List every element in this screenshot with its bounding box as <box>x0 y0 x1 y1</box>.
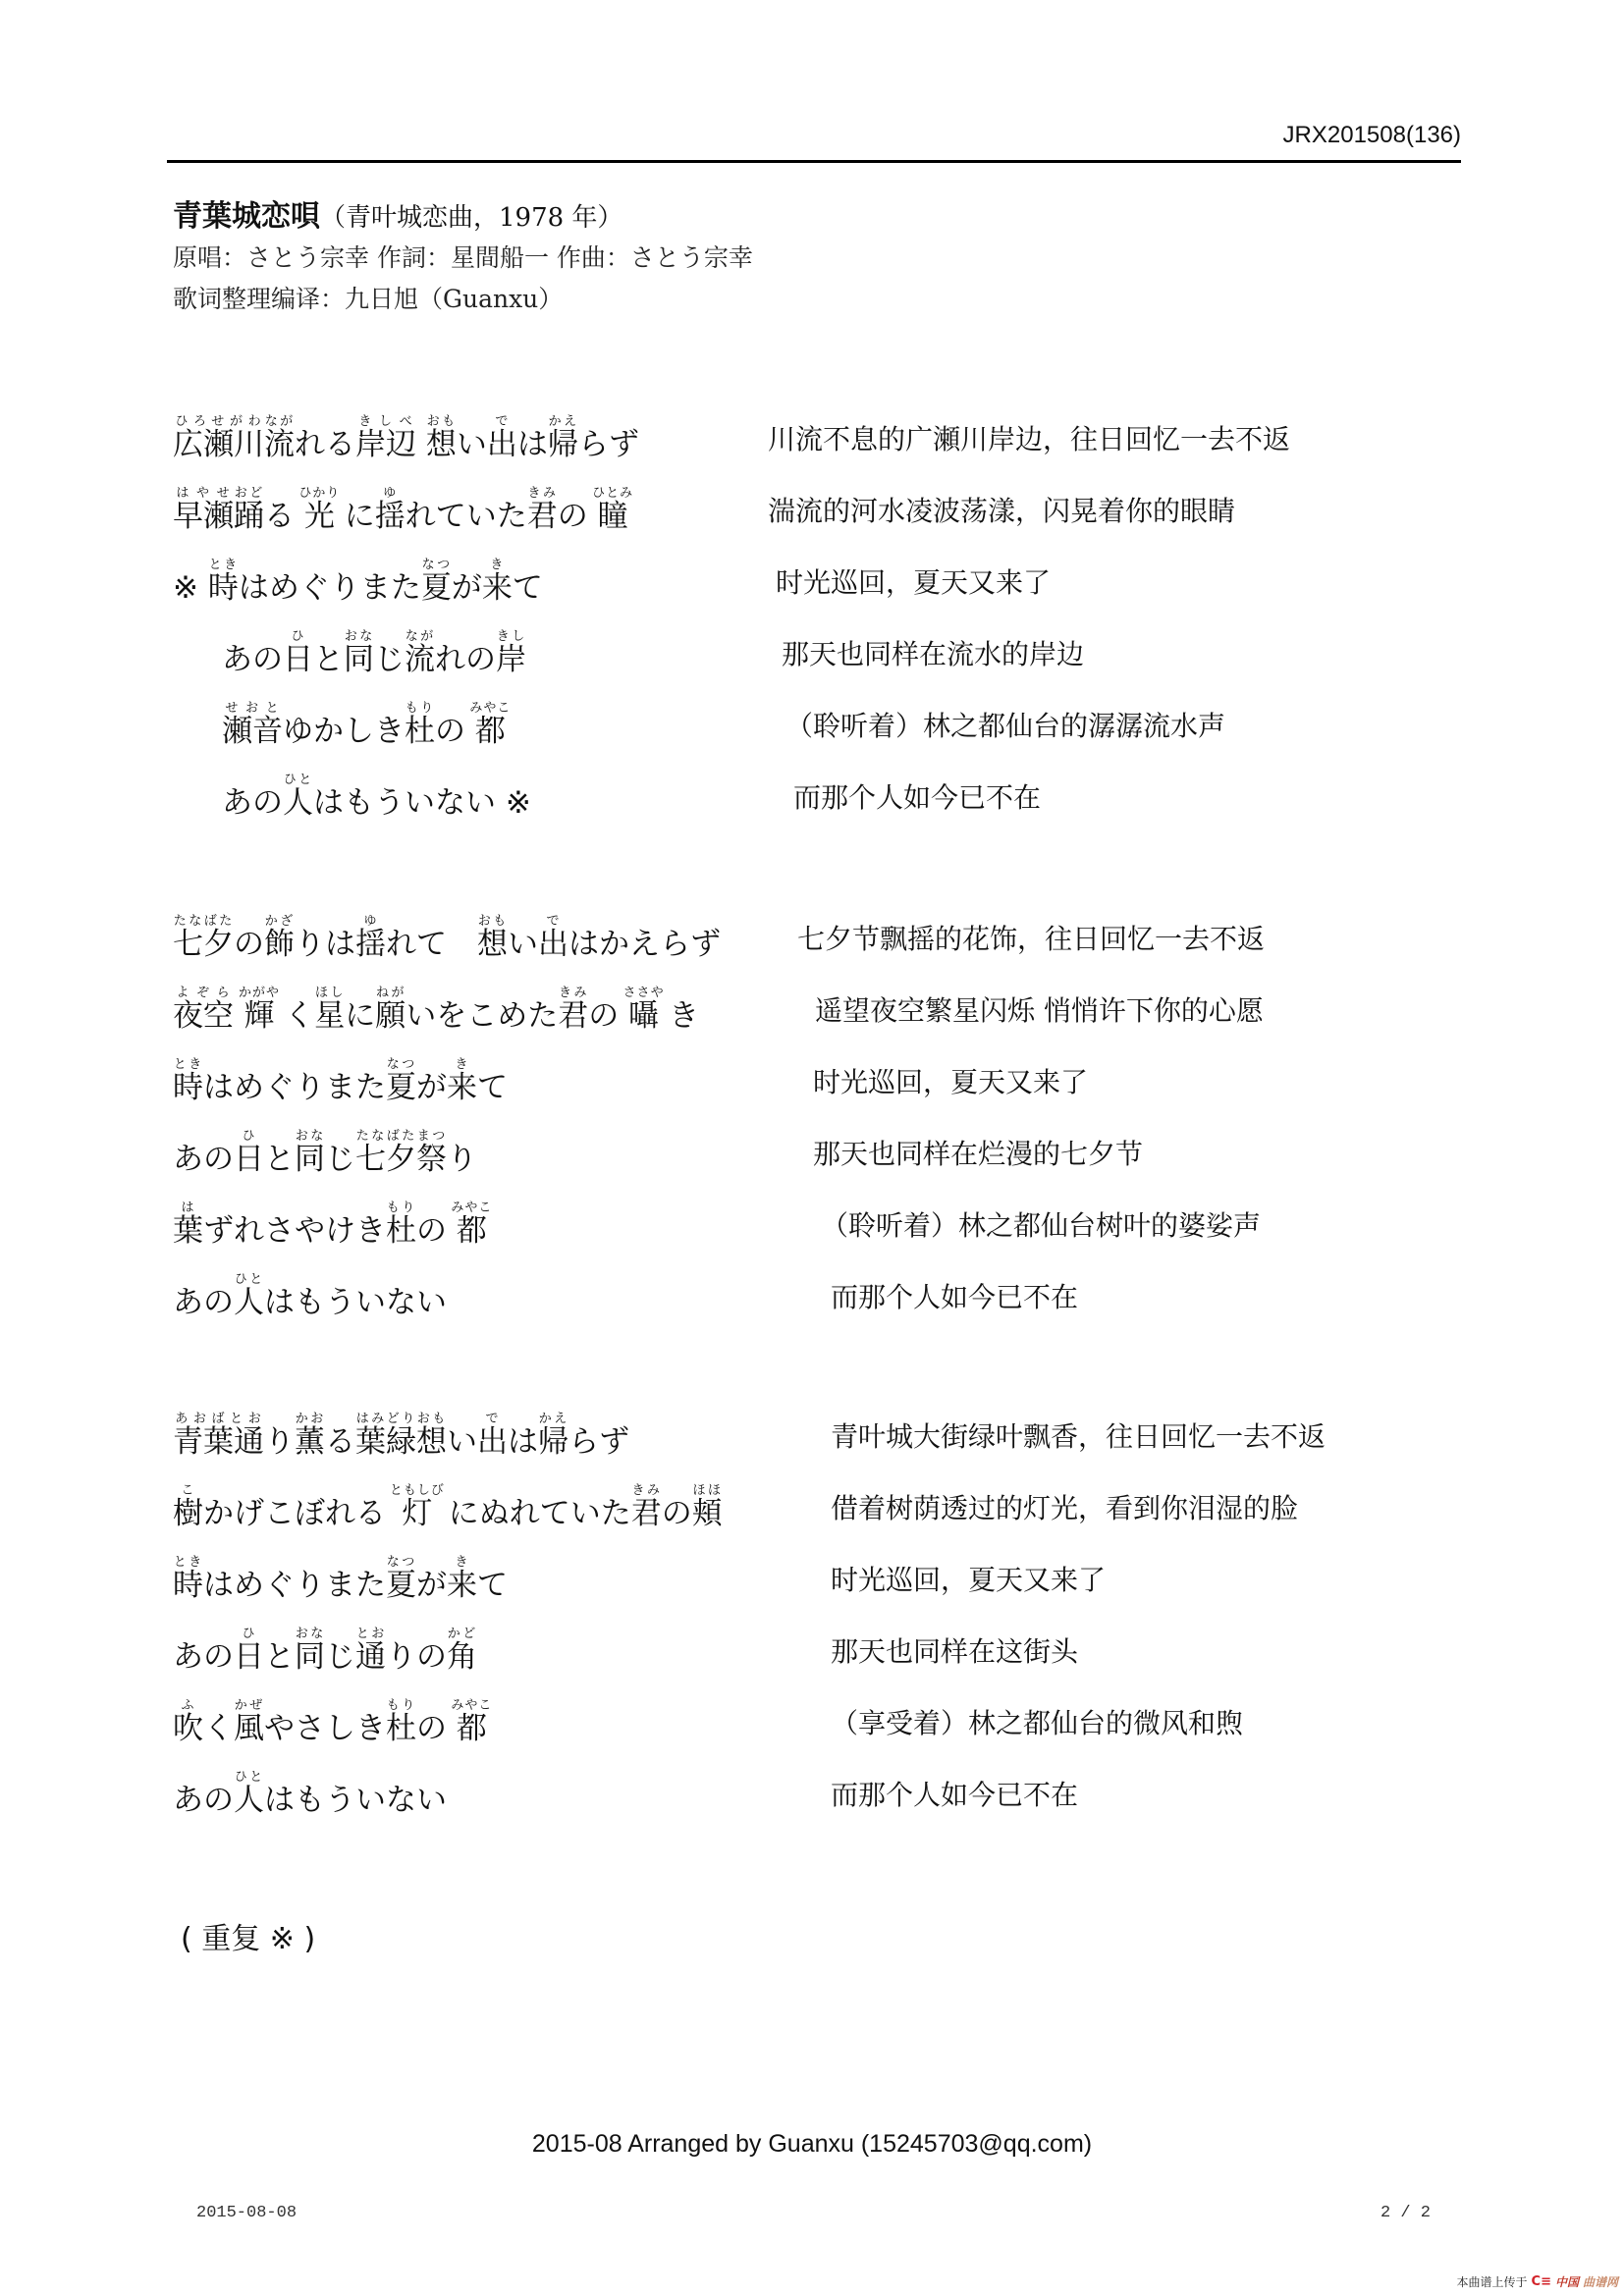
chinese-translation: 而那个人如今已不在 <box>831 1776 1078 1815</box>
chinese-translation: 七夕节飘摇的花饰，往日回忆一去不返 <box>797 920 1265 959</box>
chinese-translation: 那天也同样在流水的岸边 <box>782 635 1084 674</box>
chinese-translation: 时光巡回，夏天又来了 <box>831 1561 1106 1600</box>
lyric-row: あの人ひとはもういない而那个人如今已不在 <box>0 1756 1624 1827</box>
lyric-row: あの日ひと同おなじ流ながれの岸きし那天也同样在流水的岸边 <box>0 615 1624 686</box>
lyric-row: 時ときはめぐりまた夏なつが来きて时光巡回，夏天又来了 <box>0 1541 1624 1612</box>
lyric-row: 樹こかげこぼれる 灯ともしび にぬれていた君きみの頬ほほ借着树荫透过的灯光，看到… <box>0 1469 1624 1540</box>
arranger-credit: 歌词整理编译：九日旭（Guanxu） <box>173 279 753 320</box>
japanese-lyric: あの人ひとはもういない <box>173 1272 447 1322</box>
japanese-lyric: 瀬音せおとゆかしき杜もりの 都みやこ <box>222 701 511 751</box>
site-watermark: 本曲谱上传于 C≡ 中国曲谱网 <box>1457 2273 1618 2290</box>
japanese-lyric: 夜空よぞら 輝かがや く星ほしに願ねがいをこめた君きみの 囁ささや き <box>173 986 699 1036</box>
chinese-translation: （聆听着）林之都仙台的潺潺流水声 <box>785 707 1225 746</box>
japanese-lyric: あの日ひと同おなじ通とおりの角かど <box>173 1627 477 1677</box>
japanese-lyric: あの日ひと同おなじ流ながれの岸きし <box>222 629 526 679</box>
lyric-row: あの日ひと同おなじ七夕祭たなばたまつり那天也同样在烂漫的七夕节 <box>0 1115 1624 1186</box>
site-brand-part1: 中国 <box>1555 2273 1579 2290</box>
chinese-translation: 那天也同样在烂漫的七夕节 <box>813 1135 1143 1174</box>
watermark-text: 本曲谱上传于 <box>1457 2273 1528 2290</box>
page-number: 2 / 2 <box>1380 2204 1431 2222</box>
chinese-translation: 时光巡回，夏天又来了 <box>813 1063 1088 1102</box>
repeat-chorus-note: ( 重复 ※ ) <box>181 1914 315 1957</box>
japanese-lyric: 七夕たなばたの飾かざりは揺ゆれて 想おもい出ではかえらず <box>173 914 721 964</box>
japanese-lyric: あの人ひとはもういない <box>173 1770 447 1820</box>
lyric-row: 瀬音せおとゆかしき杜もりの 都みやこ（聆听着）林之都仙台的潺潺流水声 <box>0 687 1624 758</box>
song-credits: 原唱：さとう宗幸 作詞：星間船一 作曲：さとう宗幸 <box>173 238 753 279</box>
lyric-row: あの日ひと同おなじ通とおりの角かど那天也同样在这街头 <box>0 1613 1624 1683</box>
song-title-line: 青葉城恋唄（青叶城恋曲，1978 年） <box>173 196 753 238</box>
arrangement-credit: 2015-08 Arranged by Guanxu (15245703@qq.… <box>0 2130 1624 2159</box>
site-brand-part2: 曲谱网 <box>1583 2273 1618 2290</box>
japanese-lyric: 吹ふく風かぜやさしき杜もりの 都みやこ <box>173 1698 492 1748</box>
japanese-lyric: あの日ひと同おなじ七夕祭たなばたまつり <box>173 1129 477 1179</box>
japanese-lyric: あの人ひとはもういない ※ <box>222 773 531 823</box>
lyric-row: 吹ふく風かぜやさしき杜もりの 都みやこ（享受着）林之都仙台的微风和煦 <box>0 1684 1624 1755</box>
lyric-row: 葉はずれさやけき杜もりの 都みやこ（聆听着）林之都仙台树叶的婆娑声 <box>0 1187 1624 1257</box>
site-logo-icon: C≡ <box>1532 2274 1551 2289</box>
lyric-row: 広瀬川ひろせがわ流ながれる岸辺きしべ 想おもい出では帰かえらず川流不息的广瀬川岸… <box>0 400 1624 471</box>
chinese-translation: 那天也同样在这街头 <box>831 1632 1078 1672</box>
lyric-row: ※ 時ときはめぐりまた夏なつが来きて时光巡回，夏天又来了 <box>0 544 1624 614</box>
lyric-row: 夜空よぞら 輝かがや く星ほしに願ねがいをこめた君きみの 囁ささや き遥望夜空繁… <box>0 972 1624 1042</box>
japanese-lyric: 広瀬川ひろせがわ流ながれる岸辺きしべ 想おもい出では帰かえらず <box>173 414 639 464</box>
footer-date: 2015-08-08 <box>196 2204 297 2222</box>
chinese-translation: 而那个人如今已不在 <box>793 778 1041 818</box>
title-block: 青葉城恋唄（青叶城恋曲，1978 年） 原唱：さとう宗幸 作詞：星間船一 作曲：… <box>173 196 753 320</box>
song-subtitle: （青叶城恋曲，1978 年） <box>320 203 623 233</box>
japanese-lyric: 青葉通あおばとおり薫かおる葉緑想はみどりおもい出では帰かえらず <box>173 1412 629 1462</box>
chinese-translation: 青叶城大街绿叶飘香，往日回忆一去不返 <box>831 1417 1326 1457</box>
lyric-row: 早瀬はやせ踊おどる 光ひかり に揺ゆれていた君きみの 瞳ひとみ湍流的河水凌波荡漾… <box>0 472 1624 543</box>
chinese-translation: 借着树荫透过的灯光，看到你泪湿的脸 <box>831 1489 1298 1528</box>
lyric-row: あの人ひとはもういない ※而那个人如今已不在 <box>0 759 1624 829</box>
japanese-lyric: ※ 時ときはめぐりまた夏なつが来きて <box>173 558 543 608</box>
chinese-translation: 而那个人如今已不在 <box>831 1278 1078 1317</box>
chinese-translation: （享受着）林之都仙台的微风和煦 <box>831 1704 1243 1743</box>
lyric-row: 時ときはめぐりまた夏なつが来きて时光巡回，夏天又来了 <box>0 1043 1624 1114</box>
chinese-translation: 时光巡回，夏天又来了 <box>776 563 1051 603</box>
japanese-lyric: 樹こかげこぼれる 灯ともしび にぬれていた君きみの頬ほほ <box>173 1483 723 1533</box>
japanese-lyric: 葉はずれさやけき杜もりの 都みやこ <box>173 1201 492 1251</box>
japanese-lyric: 早瀬はやせ踊おどる 光ひかり に揺ゆれていた君きみの 瞳ひとみ <box>173 486 633 536</box>
lyric-row: 青葉通あおばとおり薫かおる葉緑想はみどりおもい出では帰かえらず青叶城大街绿叶飘香… <box>0 1398 1624 1468</box>
japanese-lyric: 時ときはめぐりまた夏なつが来きて <box>173 1057 508 1107</box>
header-divider <box>167 160 1461 163</box>
chinese-translation: 遥望夜空繁星闪烁 悄悄许下你的心愿 <box>815 991 1264 1031</box>
chinese-translation: 川流不息的广瀬川岸边，往日回忆一去不返 <box>768 420 1290 459</box>
document-id: JRX201508(136) <box>1283 122 1461 149</box>
lyric-row: 七夕たなばたの飾かざりは揺ゆれて 想おもい出ではかえらず七夕节飘摇的花饰，往日回… <box>0 900 1624 971</box>
japanese-lyric: 時ときはめぐりまた夏なつが来きて <box>173 1555 508 1605</box>
chinese-translation: （聆听着）林之都仙台树叶的婆娑声 <box>821 1206 1261 1246</box>
lyric-row: あの人ひとはもういない而那个人如今已不在 <box>0 1258 1624 1329</box>
chinese-translation: 湍流的河水凌波荡漾，闪晃着你的眼睛 <box>768 492 1235 531</box>
song-title: 青葉城恋唄 <box>173 199 320 234</box>
